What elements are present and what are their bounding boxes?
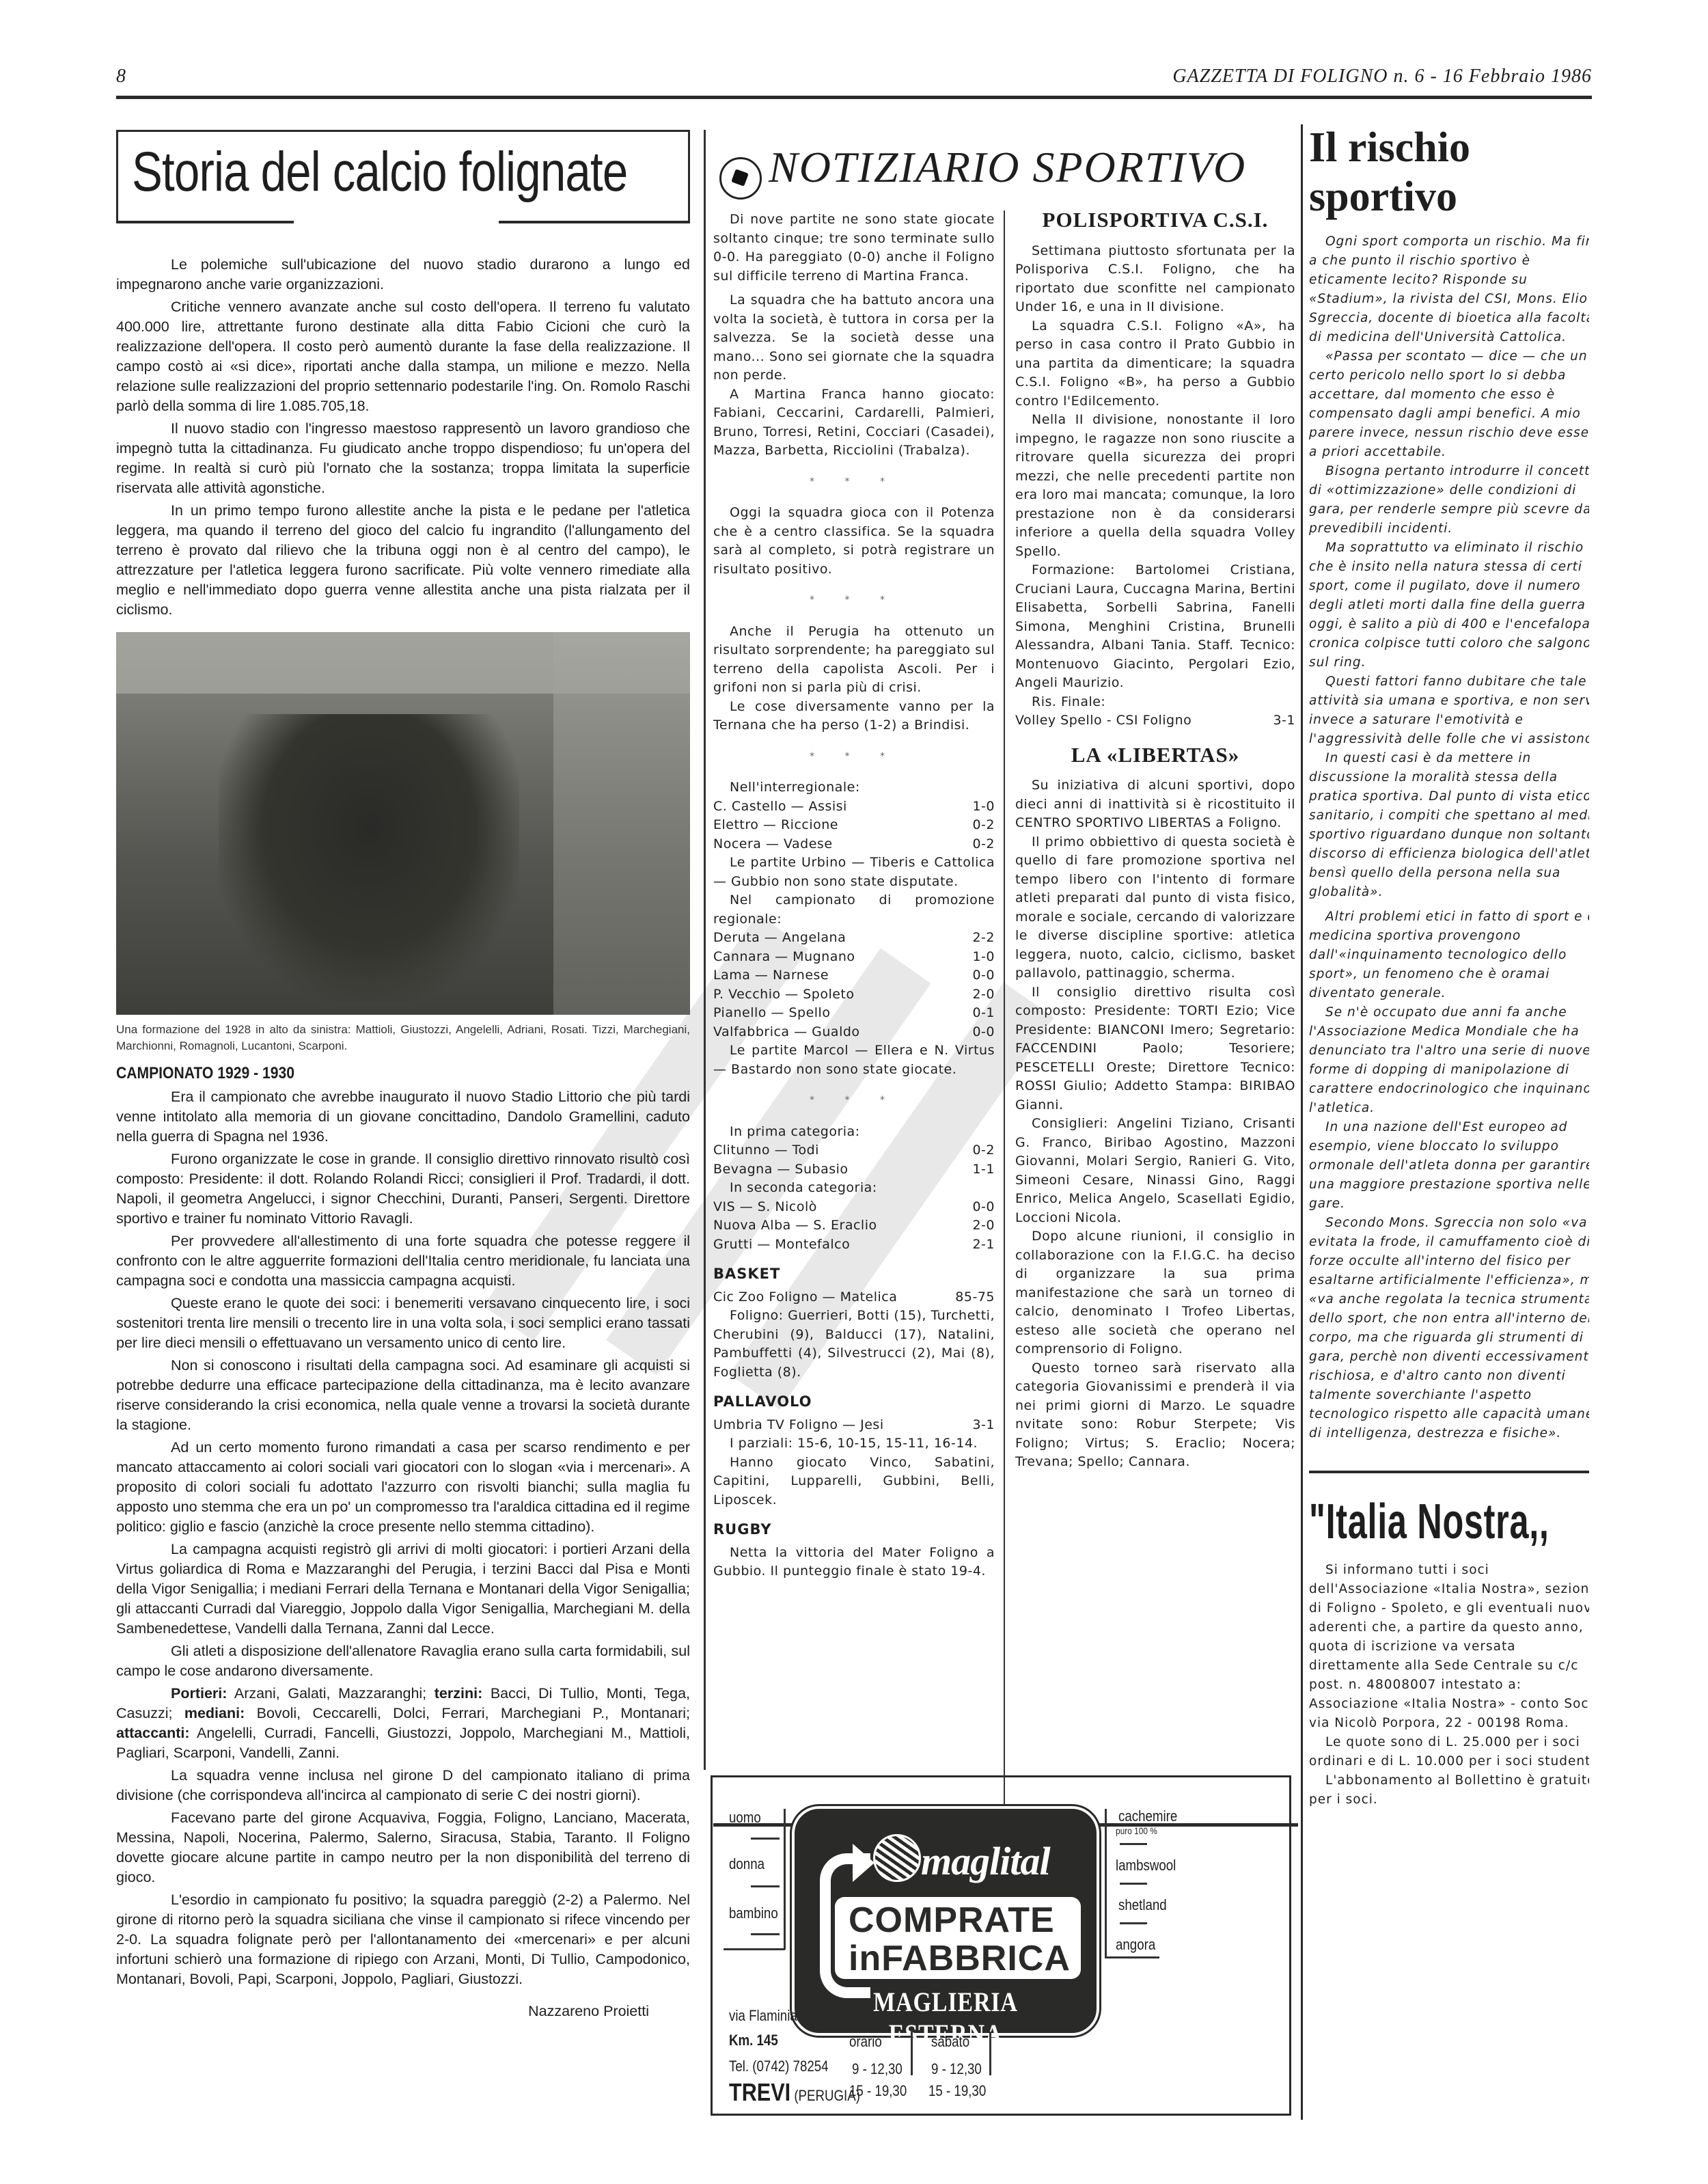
- maglital-advertisement: uomo donna bambino maglital COMPRATEinFA…: [711, 1775, 1291, 2116]
- pallavolo-heading: PALLAVOLO: [713, 1393, 995, 1412]
- result-row: Lama — Narnese0-0: [713, 966, 995, 985]
- page-number: 8: [116, 66, 126, 87]
- basket-heading: BASKET: [713, 1265, 995, 1284]
- result-row: C. Castello — Assisi1-0: [713, 797, 995, 817]
- result-row: Grutti — Montefalco2-1: [713, 1236, 995, 1255]
- result-row: Volley Spello - CSI Foligno3-1: [1015, 711, 1295, 731]
- result-row: Elettro — Riccione0-2: [713, 816, 995, 835]
- roster: Portieri: Arzani, Galati, Mazzaranghi; t…: [116, 1684, 690, 1763]
- author-signature: Nazzareno Proietti: [116, 2003, 649, 2020]
- result-row: Nuova Alba — S. Eraclio2-0: [713, 1216, 995, 1236]
- result-row: Pianello — Spello0-1: [713, 1004, 995, 1023]
- result-row: Cic Zoo Foligno — Matelica85-75: [713, 1288, 995, 1307]
- result-row: P. Vecchio — Spoleto2-0: [713, 985, 995, 1005]
- masthead: GAZZETTA DI FOLIGNO n. 6 - 16 Febbraio 1…: [1172, 66, 1592, 87]
- article-intro: Le polemiche sull'ubicazione del nuovo s…: [116, 255, 690, 620]
- yarn-ball-icon: [873, 1834, 921, 1882]
- rischio-title: Il rischiosportivo: [1309, 123, 1589, 221]
- article-title: Storia del calcio folignate: [132, 140, 627, 204]
- rischio-body: Ogni sport comporta un rischio. Ma fino …: [1309, 232, 1589, 1443]
- soccer-ball-icon: [719, 157, 762, 200]
- notiziario-title: NOTIZIARIO SPORTIVO: [769, 142, 1246, 193]
- result-row: Valfabbrica — Gualdo0-0: [713, 1023, 995, 1042]
- notiziario-sportivo: NOTIZIARIO SPORTIVO Di nove partite ne s…: [704, 130, 1298, 1769]
- article-title-box: Storia del calcio folignate: [116, 130, 690, 221]
- header-rule: [116, 96, 1592, 99]
- article-body: Era il campionato che avrebbe inaugurato…: [116, 1087, 690, 1989]
- italia-nostra-title: "Italia Nostra,,: [1309, 1494, 1505, 1550]
- team-photo-1928: [116, 632, 690, 1015]
- result-row: Clitunno — Todi0-2: [713, 1141, 995, 1160]
- notiziario-col-a: Di nove partite ne sono state giocate so…: [713, 210, 995, 1581]
- section-heading: CAMPIONATO 1929 - 1930: [116, 1064, 621, 1083]
- result-row: Cannara — Mugnano1-0: [713, 948, 995, 967]
- italia-nostra-body: Si informano tutti i soci dell'Associazi…: [1309, 1561, 1589, 1810]
- result-row: Deruta — Angelana2-2: [713, 929, 995, 948]
- notiziario-col-b: POLISPORTIVA C.S.I. Settimana piuttosto …: [1015, 210, 1295, 1472]
- article-rischio-sportivo: Il rischiosportivo Ogni sport comporta u…: [1309, 123, 1589, 1810]
- notiziario-header: NOTIZIARIO SPORTIVO: [704, 130, 1298, 210]
- column-separator: [1301, 124, 1303, 2120]
- result-row: Nocera — Vadese0-2: [713, 835, 995, 854]
- photo-caption: Una formazione del 1928 in alto da sinis…: [116, 1022, 690, 1054]
- result-row: VIS — S. Nicolò0-0: [713, 1198, 995, 1217]
- result-row: Bevagna — Subasio1-1: [713, 1160, 995, 1179]
- libertas-heading: LA «LIBERTAS»: [1015, 746, 1295, 765]
- rugby-heading: RUGBY: [713, 1520, 995, 1540]
- maglital-logo-panel: maglital COMPRATEinFABBRICA MAGLIERIA ES…: [795, 1809, 1097, 2033]
- running-head: 8 GAZZETTA DI FOLIGNO n. 6 - 16 Febbraio…: [116, 66, 1592, 93]
- csi-heading: POLISPORTIVA C.S.I.: [1015, 210, 1295, 230]
- ad-headline: COMPRATEinFABBRICA: [849, 1901, 1071, 1978]
- article-storia-calcio: Storia del calcio folignate Le polemiche…: [116, 130, 690, 2020]
- result-row: Umbria TV Foligno — Jesi3-1: [713, 1416, 995, 1435]
- brand-name: maglital: [921, 1838, 1050, 1884]
